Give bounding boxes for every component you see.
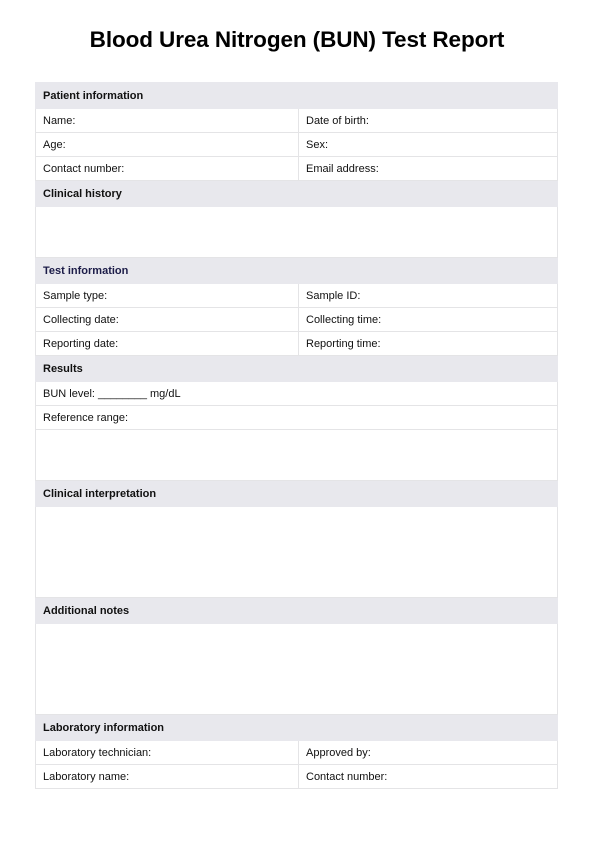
age-field[interactable]: Age:: [36, 133, 299, 157]
section-header-laboratory-information: Laboratory information: [36, 715, 558, 741]
table-row: [36, 430, 558, 481]
email-address-field[interactable]: Email address:: [299, 157, 558, 181]
bun-level-field[interactable]: BUN level: ________ mg/dL: [36, 382, 558, 406]
table-row: Collecting date: Collecting time:: [36, 308, 558, 332]
section-header-additional-notes: Additional notes: [36, 598, 558, 624]
clinical-history-field[interactable]: [36, 207, 558, 258]
table-row: Contact number: Email address:: [36, 157, 558, 181]
sample-id-field[interactable]: Sample ID:: [299, 284, 558, 308]
section-heading: Results: [36, 356, 558, 382]
table-row: Sample type: Sample ID:: [36, 284, 558, 308]
lab-contact-number-field[interactable]: Contact number:: [299, 765, 558, 789]
collecting-date-field[interactable]: Collecting date:: [36, 308, 299, 332]
section-heading: Laboratory information: [36, 715, 558, 741]
sex-field[interactable]: Sex:: [299, 133, 558, 157]
collecting-time-field[interactable]: Collecting time:: [299, 308, 558, 332]
section-header-results: Results: [36, 356, 558, 382]
report-form: Patient information Name: Date of birth:…: [35, 82, 558, 789]
table-row: Laboratory technician: Approved by:: [36, 741, 558, 765]
table-row: Reporting date: Reporting time:: [36, 332, 558, 356]
laboratory-technician-field[interactable]: Laboratory technician:: [36, 741, 299, 765]
date-of-birth-field[interactable]: Date of birth:: [299, 109, 558, 133]
reporting-time-field[interactable]: Reporting time:: [299, 332, 558, 356]
additional-notes-field[interactable]: [36, 624, 558, 715]
results-notes-field[interactable]: [36, 430, 558, 481]
table-row: [36, 624, 558, 715]
section-header-patient-information: Patient information: [36, 83, 558, 109]
section-heading: Clinical interpretation: [36, 481, 558, 507]
sample-type-field[interactable]: Sample type:: [36, 284, 299, 308]
contact-number-field[interactable]: Contact number:: [36, 157, 299, 181]
laboratory-name-field[interactable]: Laboratory name:: [36, 765, 299, 789]
table-row: Reference range:: [36, 406, 558, 430]
section-heading: Clinical history: [36, 181, 558, 207]
section-heading: Additional notes: [36, 598, 558, 624]
section-header-clinical-history: Clinical history: [36, 181, 558, 207]
table-row: Age: Sex:: [36, 133, 558, 157]
table-row: Laboratory name: Contact number:: [36, 765, 558, 789]
page-title: Blood Urea Nitrogen (BUN) Test Report: [0, 27, 594, 53]
reference-range-field[interactable]: Reference range:: [36, 406, 558, 430]
clinical-interpretation-field[interactable]: [36, 507, 558, 598]
table-row: Name: Date of birth:: [36, 109, 558, 133]
name-field[interactable]: Name:: [36, 109, 299, 133]
reporting-date-field[interactable]: Reporting date:: [36, 332, 299, 356]
approved-by-field[interactable]: Approved by:: [299, 741, 558, 765]
section-header-clinical-interpretation: Clinical interpretation: [36, 481, 558, 507]
section-header-test-information: Test information: [36, 258, 558, 284]
section-heading: Test information: [36, 258, 558, 284]
section-heading: Patient information: [36, 83, 558, 109]
table-row: BUN level: ________ mg/dL: [36, 382, 558, 406]
table-row: [36, 207, 558, 258]
table-row: [36, 507, 558, 598]
